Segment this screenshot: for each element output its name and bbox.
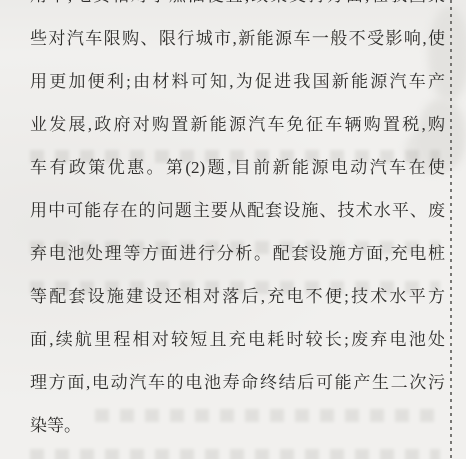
text-line: 弃电池处理等方面进行分析。配套设施方面,充电桩 (30, 232, 445, 275)
text-line: 些对汽车限购、限行城市,新能源车一般不受影响,使 (30, 17, 445, 60)
text-line: 用更加便利;由材料可知,为促进我国新能源汽车产 (30, 60, 445, 103)
answer-explanation-text-block: 用中,电费相对于燃油便宜;政策支持方面,在我国某 些对汽车限购、限行城市,新能源… (30, 0, 445, 447)
scanned-document-page: 用中,电费相对于燃油便宜;政策支持方面,在我国某 些对汽车限购、限行城市,新能源… (0, 0, 466, 459)
text-line: 面,续航里程相对较短且充电耗时较长;废弃电池处 (30, 318, 445, 361)
text-line: 理方面,电动汽车的电池寿命终结后可能产生二次污 (30, 361, 445, 404)
text-line: 车有政策优惠。第(2)题,目前新能源电动汽车在使 (30, 146, 445, 189)
ink-bleed-through-smudge (30, 449, 440, 459)
text-line: 业发展,政府对购置新能源汽车免征车辆购置税,购 (30, 103, 445, 146)
page-edge-dotted-line (450, 0, 452, 459)
text-line: 用中可能存在的问题主要从配套设施、技术水平、废 (30, 189, 445, 232)
text-line-clipped-top: 用中,电费相对于燃油便宜;政策支持方面,在我国某 (30, 0, 445, 17)
text-line-last: 染等。 (30, 404, 445, 447)
text-line: 等配套设施建设还相对落后,充电不便;技术水平方 (30, 275, 445, 318)
